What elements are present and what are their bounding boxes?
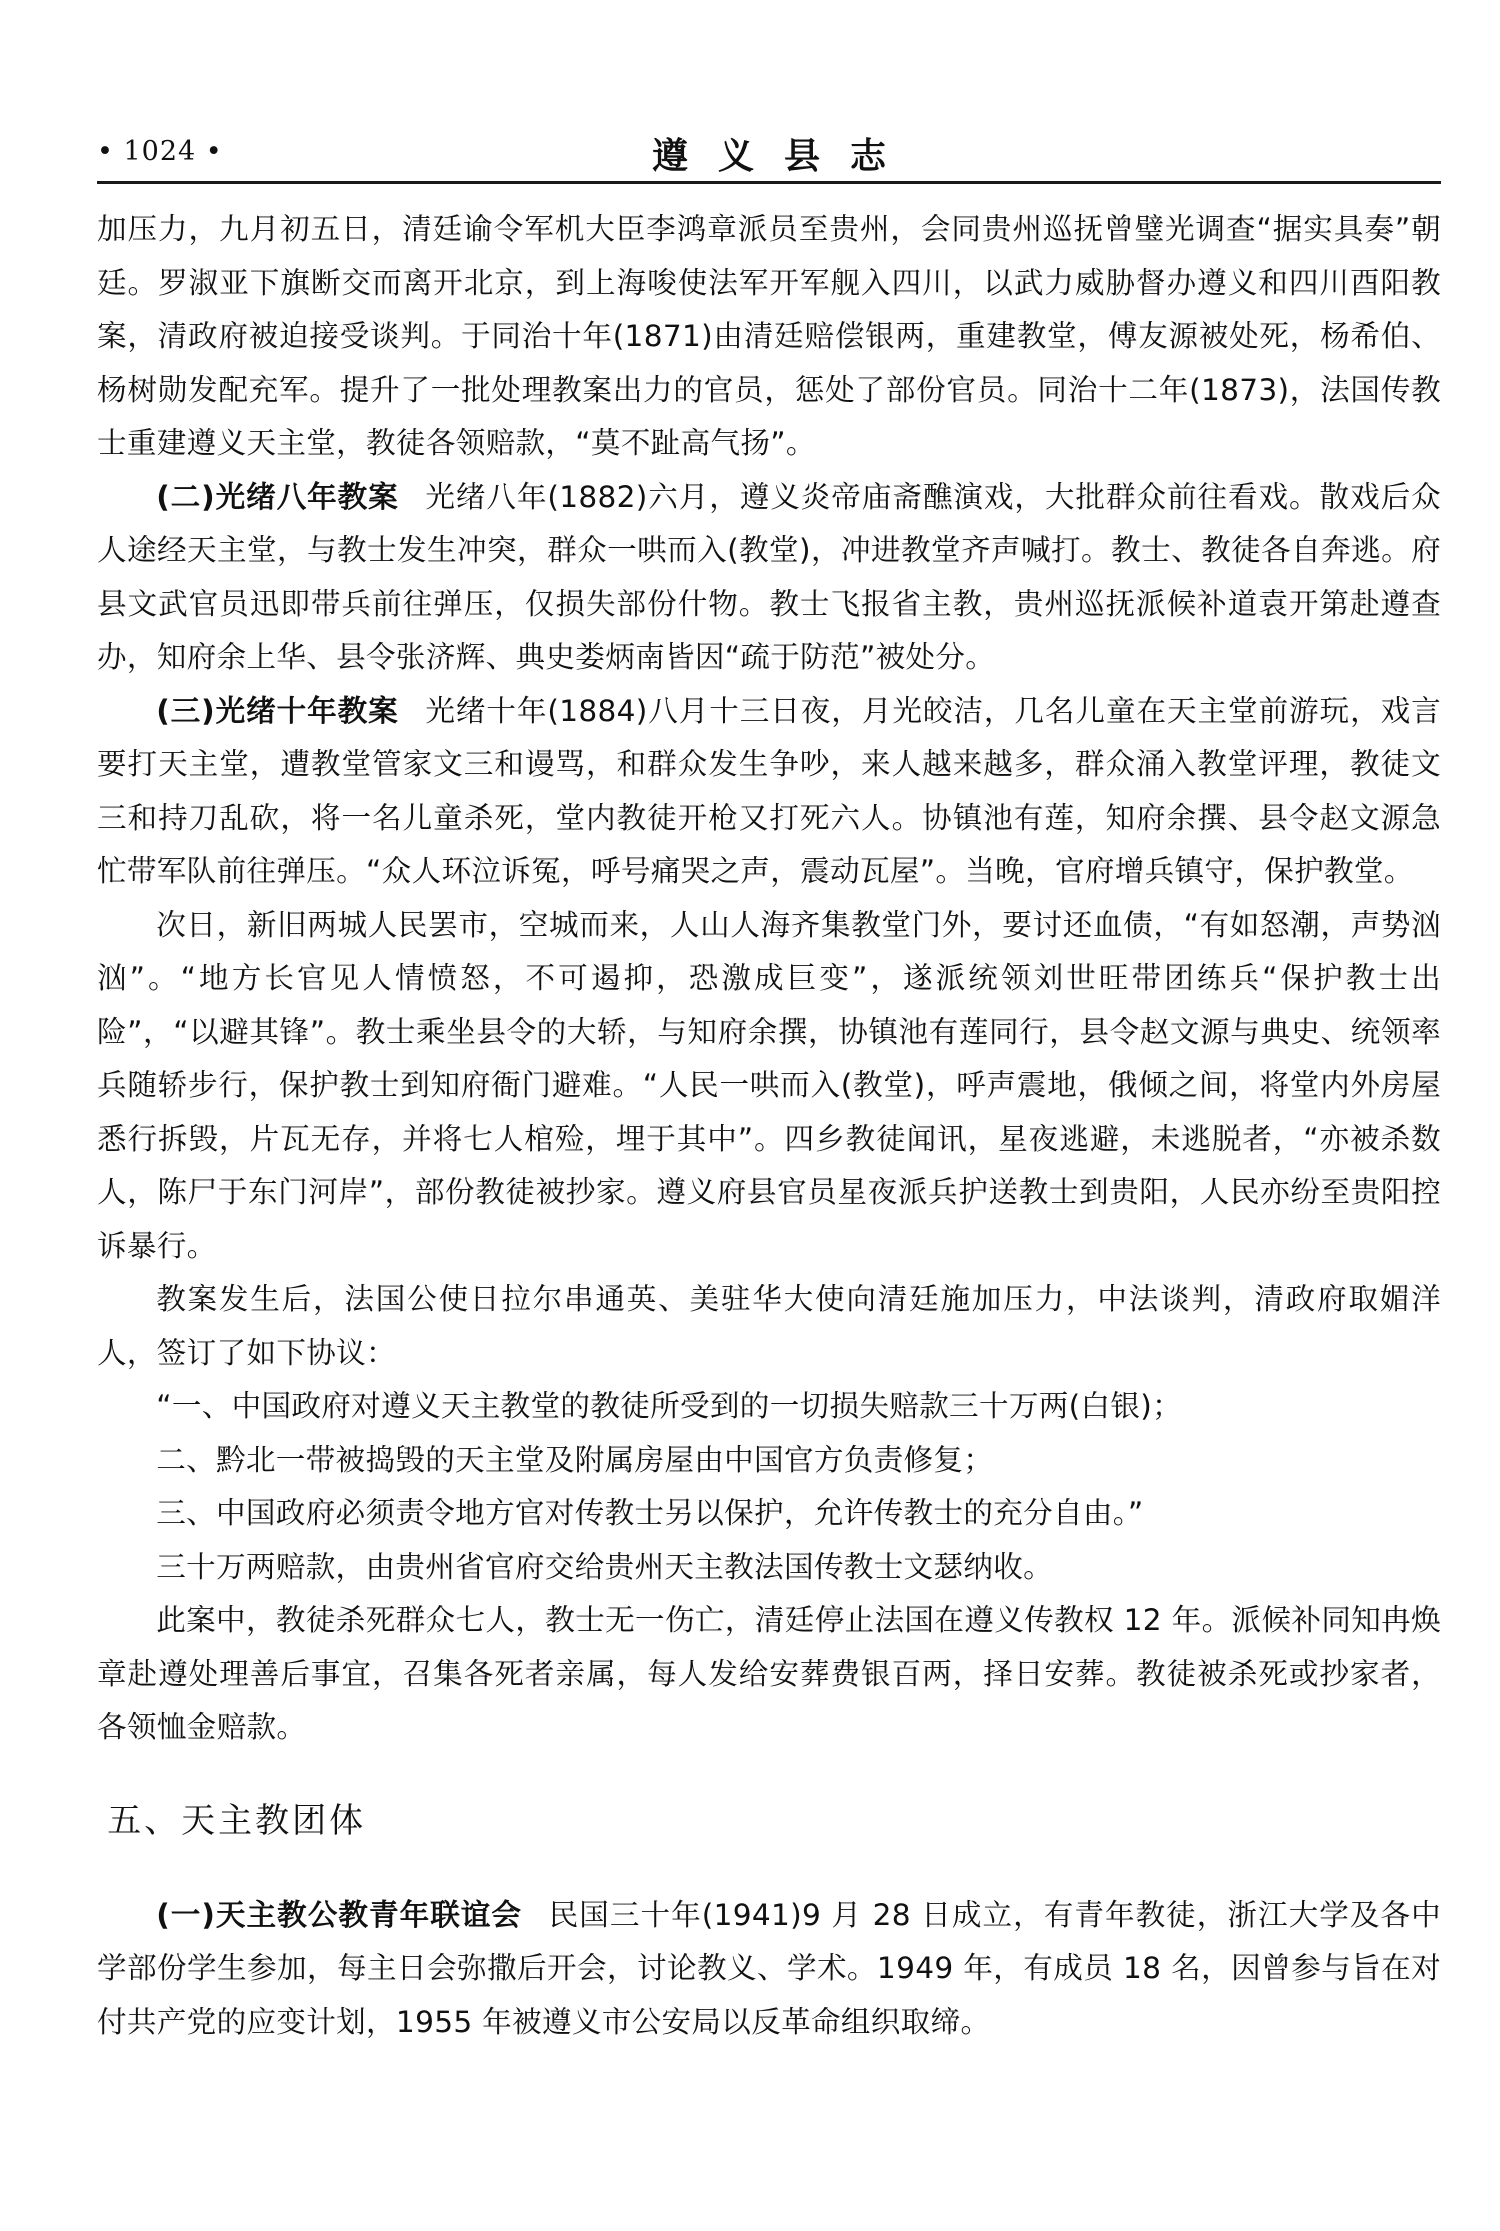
paragraph-next-day: 次日，新旧两城人民罢市，空城而来，人山人海齐集教堂门外，要讨还血债，“有如怒潮，… <box>97 899 1441 1274</box>
running-header: • 1024 • 遵义县志 <box>97 124 1441 184</box>
subsection-title-guangxu-8: (二)光绪八年教案 <box>156 480 399 514</box>
paragraph-case-outcome: 此案中，教徒杀死群众七人，教士无一伤亡，清廷停止法国在遵义传教权 12 年。派候… <box>97 1594 1441 1755</box>
paragraph-guangxu-8-case: (二)光绪八年教案光绪八年(1882)六月，遵义炎帝庙斋醮演戏，大批群众前往看戏… <box>97 471 1441 685</box>
body-text: 加压力，九月初五日，清廷谕令军机大臣李鸿章派员至贵州，会同贵州巡抚曾璧光调查“据… <box>97 203 1441 2049</box>
paragraph-youth-association: (一)天主教公教青年联谊会民国三十年(1941)9 月 28 日成立，有青年教徒… <box>97 1889 1441 2050</box>
section-heading-catholic-groups: 五、天主教团体 <box>97 1791 1441 1851</box>
agreement-item-3: 三、中国政府必须责令地方官对传教士另以保护，允许传教士的充分自由。” <box>97 1487 1441 1541</box>
paragraph-tongzhi-case-end: 加压力，九月初五日，清廷谕令军机大臣李鸿章派员至贵州，会同贵州巡抚曾璧光调查“据… <box>97 203 1441 471</box>
agreement-item-1: “一、中国政府对遵义天主教堂的教徒所受到的一切损失赔款三十万两(白银)； <box>97 1380 1441 1434</box>
subsection-title-guangxu-10: (三)光绪十年教案 <box>156 694 399 728</box>
agreement-item-2: 二、黔北一带被捣毁的天主堂及附属房屋由中国官方负责修复； <box>97 1434 1441 1488</box>
paragraph-guangxu-10-case: (三)光绪十年教案光绪十年(1884)八月十三日夜，月光皎洁，几名儿童在天主堂前… <box>97 685 1441 899</box>
subsection-title-youth-association: (一)天主教公教青年联谊会 <box>156 1898 522 1932</box>
header-rule <box>97 181 1441 184</box>
paragraph-negotiation: 教案发生后，法国公使日拉尔串通英、美驻华大使向清廷施加压力，中法谈判，清政府取媚… <box>97 1273 1441 1380</box>
book-title: 遵义县志 <box>97 128 1441 179</box>
indemnity-note: 三十万两赔款，由贵州省官府交给贵州天主教法国传教士文瑟纳收。 <box>97 1541 1441 1595</box>
